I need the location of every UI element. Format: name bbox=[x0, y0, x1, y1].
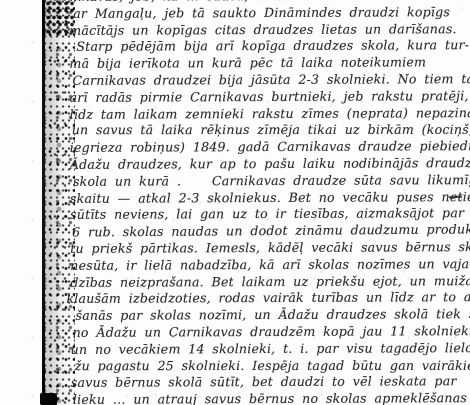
handwriting-line: žu pagastu 25 skolnieki. Iespēja tagad b… bbox=[75, 357, 470, 374]
handwriting-line: mācītājs un kopīgas citas draudzes lieta… bbox=[69, 21, 465, 40]
handwriting-line: klaušām izbeidzoties, rodas vairāk turīb… bbox=[66, 289, 462, 308]
handwriting-line: iegrieza robiņus) 1849. gadā Carnikavas … bbox=[70, 138, 466, 157]
handwriting-line: Starp pēdējām bija arī kopīga draudzes s… bbox=[76, 37, 470, 56]
handwriting-line: skola un kurā . Carnikavas draudze sūta … bbox=[73, 172, 469, 191]
handwriting-line: ar Mangaļu, jeb tā saukto Dināmindes dra… bbox=[73, 4, 469, 23]
handwriting-line: no Ādažu un Carnikavas draudzēm kopā jau… bbox=[73, 323, 469, 342]
ink-blot bbox=[40, 393, 57, 405]
handwriting-line: dzības neizprašana. Bet laikam uz priekš… bbox=[70, 273, 466, 292]
handwriting-line: šanās par skolas nozīmi, un Ādažu draudz… bbox=[75, 306, 470, 325]
handwriting-line: arī radās pirmie Carnikavas burtnieki, j… bbox=[70, 88, 466, 107]
handwriting-line: skaitu — atkal 2-3 skolniekus. Bet no ve… bbox=[70, 189, 466, 208]
handwriting-lines: …kavas, jeb, kā … sauca, … … … …ar Manga… bbox=[69, 0, 467, 405]
handwriting-line: tu priekš pārtikas. Iemesls, kādēļ vecāk… bbox=[70, 239, 466, 258]
handwriting-line: 6 rub. skolas naudas un dodot zināmu dau… bbox=[72, 222, 468, 242]
handwriting-line: mā bija ierīkota un kurā pēc tā laika no… bbox=[69, 54, 465, 73]
manuscript-page: …kavas, jeb, kā … sauca, … … … …ar Manga… bbox=[0, 0, 470, 405]
handwriting-line: Ādažu draudzes, kur ap to pašu laiku nod… bbox=[70, 155, 466, 174]
handwriting-line: līdz tam laikam zemnieki rakstu zīmes (n… bbox=[70, 105, 466, 124]
handwriting-line: Carnikavas draudzei bija jāsūta 2-3 skol… bbox=[72, 71, 468, 90]
handwriting-line: savus bērnus skolā sūtīt, bet daudzi to … bbox=[71, 373, 467, 392]
handwriting-line: nesūta, ir lielā nabadzība, kā arī skola… bbox=[70, 256, 466, 275]
handwriting-line: un savus tā laika rēķinus zīmēja tikai u… bbox=[72, 122, 468, 139]
handwriting-line: un no vecākiem 14 skolnieki, t. i. par v… bbox=[71, 340, 467, 359]
handwriting-line: lieku … un atrauj savus bērnus no skolas… bbox=[73, 390, 469, 405]
